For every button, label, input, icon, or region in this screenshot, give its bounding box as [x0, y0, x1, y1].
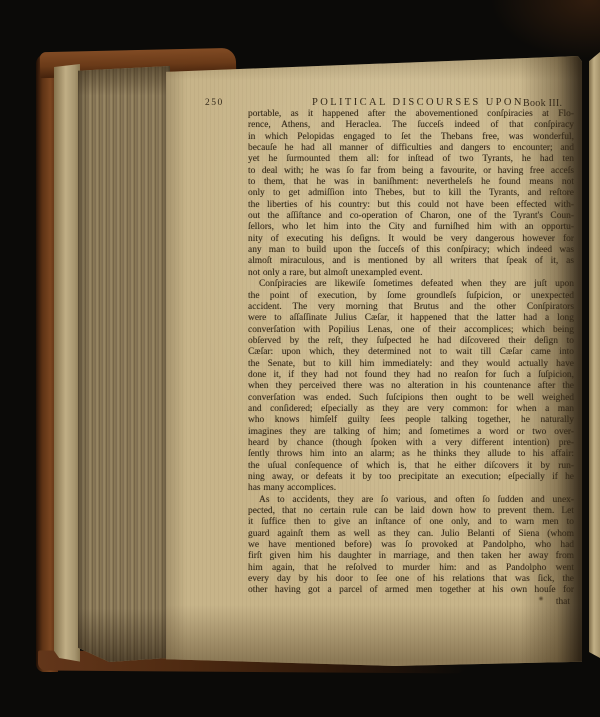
text-line: heard by chance (though ſpoken with a ve…: [248, 438, 574, 449]
text-line: rence, Athens, and Heraclea. The ſucceſs…: [248, 120, 574, 131]
facing-page-sliver: [589, 52, 600, 658]
text-line: the uſual conſequence of which is, that …: [248, 461, 574, 472]
text-line: becauſe he had all manner of difficultie…: [248, 143, 574, 154]
page-number: 250: [205, 98, 224, 108]
text-line: out the aſſiſtance and co-operation of C…: [248, 211, 574, 222]
text-line: obſerved by the reſt, they ſuſpected he …: [248, 336, 574, 347]
text-line: it ſuffice then to give an inſtance of o…: [248, 517, 574, 528]
text-line: As to accidents, they are ſo various, an…: [248, 495, 574, 506]
body-text: portable, as it happened after the above…: [248, 109, 574, 608]
text-line: nity of executing his deſigns. It would …: [248, 234, 574, 245]
text-line: ſellors, who let him into the City and f…: [248, 222, 574, 233]
page-stain-spot: [538, 596, 544, 601]
text-line: only to get admiſſion into Thebes, but t…: [248, 188, 574, 199]
text-line: pected, that no certain rule can be laid…: [248, 506, 574, 517]
top-right-cover-shade: [490, 0, 600, 60]
text-line: almoſt miraculous, and is mentioned by a…: [248, 256, 574, 267]
running-title: POLITICAL DISCOURSES UPON: [312, 97, 524, 108]
text-line: to deal with; he was ſo far from being a…: [248, 166, 574, 177]
text-line: in which Pelopidas engaged to ſet the Th…: [248, 132, 574, 143]
text-line: firſt given him his daughter in marriage…: [248, 551, 574, 562]
catchword: that: [248, 597, 574, 608]
text-line: accident. The very morning that Brutus a…: [248, 302, 574, 313]
text-line: other having got a parcel of armed men t…: [248, 585, 574, 596]
book-page: 250 POLITICAL DISCOURSES UPON Book III. …: [166, 56, 582, 666]
text-line: any man to build upon the ſucceſs of thi…: [248, 245, 574, 256]
text-line: not only a rare, but almoſt unexampled e…: [248, 268, 574, 279]
fore-edge-page-stack: [78, 66, 170, 662]
book-section-label: Book III.: [523, 98, 562, 109]
page-edge-light-strip: [54, 64, 80, 664]
text-line: guard againſt them as well as they can. …: [248, 529, 574, 540]
text-line: converſation with Popilius Lenas, one of…: [248, 325, 574, 336]
text-line: every day by his door to ſee one of his …: [248, 574, 574, 585]
text-line: the Senate, but to kill him immediately:…: [248, 359, 574, 370]
printed-text-layer: 250 POLITICAL DISCOURSES UPON Book III. …: [166, 56, 582, 666]
text-line: to them, that he was in baniſhment: neve…: [248, 177, 574, 188]
text-line: Conſpiracies are likewiſe ſometimes defe…: [248, 279, 574, 290]
text-line: yet he ſurmounted them all: for inſtead …: [248, 154, 574, 165]
text-line: ning away, or defeats it by too precipit…: [248, 472, 574, 483]
text-line: we have mentioned before) was ſo provoke…: [248, 540, 574, 551]
text-line: when they perceived there was no alterat…: [248, 381, 574, 392]
text-line: converſation was ended. Such ſuſcipions …: [248, 393, 574, 404]
text-line: has many accomplices.: [248, 483, 574, 494]
text-line: portable, as it happened after the above…: [248, 109, 574, 120]
text-line: Cæſar: upon which, they determined not t…: [248, 347, 574, 358]
text-line: were to aſſaſſinate Julius Cæſar, it hap…: [248, 313, 574, 324]
text-line: the point of execution, by ſome groundle…: [248, 291, 574, 302]
text-line: him again, that he reſolved to murder hi…: [248, 563, 574, 574]
text-line: and conſidered; eſpecially as they are v…: [248, 404, 574, 415]
text-line: ſently throws him into an alarm; as he t…: [248, 449, 574, 460]
text-line: the liberties of his country: but this c…: [248, 200, 574, 211]
text-line: done it, if they had not found they had …: [248, 370, 574, 381]
book-photograph: 250 POLITICAL DISCOURSES UPON Book III. …: [0, 0, 600, 717]
text-line: imagines they are talking of him; and ſo…: [248, 427, 574, 438]
text-line: who knows himſelf guilty ſees people tal…: [248, 415, 574, 426]
